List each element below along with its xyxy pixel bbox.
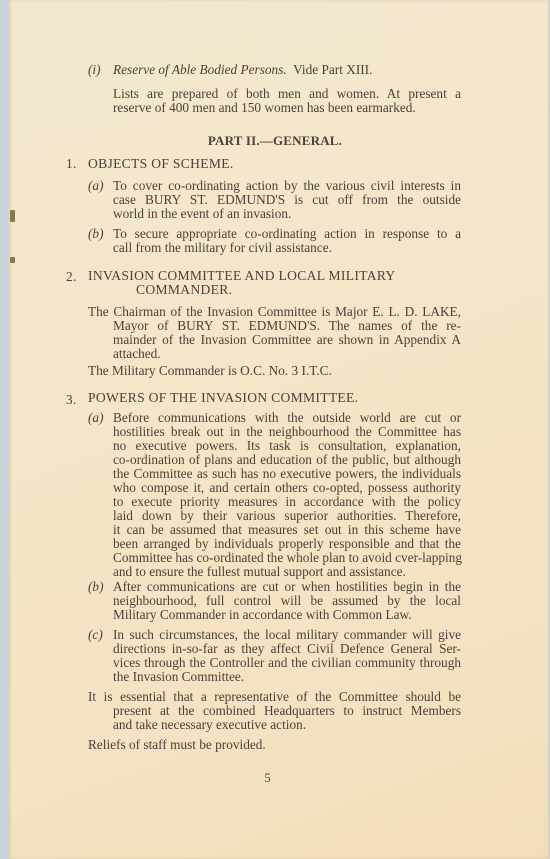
binding-mark — [10, 210, 15, 222]
text-line: It is essential that a representative of… — [88, 690, 461, 704]
text-line: The Military Commander is O.C. No. 3 I.T… — [88, 364, 332, 378]
item-label: (b) — [88, 227, 104, 241]
section-number: 3. — [66, 393, 77, 407]
text-line: it can be assumed that measures set out … — [113, 523, 461, 537]
text-line: present at the combined Headquarters to … — [113, 704, 461, 718]
item-label: (i) — [88, 63, 101, 77]
section-title: POWERS OF THE INVASION COMMITTEE. — [88, 391, 358, 405]
text-line: to execute priority measures in accordan… — [113, 495, 461, 509]
text-line: Committee has co-ordinated the whole pla… — [113, 551, 461, 565]
text-line: directions in-so-far as they affect Civi… — [113, 642, 461, 656]
text-line: To secure appropriate co-ordinating acti… — [113, 227, 461, 241]
text-line: laid down by their various superior auth… — [113, 509, 461, 523]
section-number: 2. — [66, 270, 77, 284]
text-line: To cover co-ordinating action by the var… — [113, 179, 461, 193]
text-line: The Chairman of the Invasion Committee i… — [88, 305, 461, 319]
section-number: 1. — [66, 157, 77, 171]
text-line: case BURY ST. EDMUND'S is cut off from t… — [113, 193, 461, 207]
item-label: (b) — [88, 580, 104, 594]
text-line: and to ensure the fullest mutual support… — [113, 565, 406, 579]
text-line: vices through the Controller and the civ… — [113, 656, 461, 670]
section-title: COMMANDER. — [136, 283, 232, 297]
text-line: mainder of the Invasion Committee are sh… — [113, 333, 461, 347]
binding-mark — [10, 257, 15, 263]
text-line: and take necessary executive action. — [113, 718, 306, 732]
text-line: been arranged by individuals properly re… — [113, 537, 461, 551]
section-title: OBJECTS OF SCHEME. — [88, 157, 234, 171]
text-line: neighbourhood, full control will be assu… — [113, 594, 461, 608]
item-label: (a) — [88, 179, 104, 193]
item-title: Reserve of Able Bodied Persons. Vide Par… — [113, 63, 372, 77]
text-line: Before communications with the outside w… — [113, 411, 461, 425]
section-title: INVASION COMMITTEE AND LOCAL MILITARY — [88, 269, 396, 283]
text-line: Reliefs of staff must be provided. — [88, 738, 266, 752]
text-line: After communications are cut or when hos… — [113, 580, 461, 594]
text-line: no executive powers. Its task is consult… — [113, 439, 461, 453]
text-line: reserve of 400 men and 150 women has bee… — [113, 101, 416, 115]
page-number: 5 — [0, 771, 535, 786]
text-line: the Committee as such has no executive p… — [113, 467, 461, 481]
text-line: world in the event of an invasion. — [113, 207, 291, 221]
text-line: who compose it, and certain others co-op… — [113, 481, 461, 495]
text-line: the Invasion Committee. — [113, 670, 244, 684]
item-label: (c) — [88, 628, 103, 642]
text-line: In such circumstances, the local militar… — [113, 628, 461, 642]
item-label: (a) — [88, 411, 104, 425]
text-line: hostilities break out in the neighbourho… — [113, 425, 461, 439]
text-line: call from the military for civil assista… — [113, 241, 332, 255]
text-line: attached. — [113, 347, 161, 361]
text-line: Military Commander in accordance with Co… — [113, 608, 412, 622]
part-heading: PART II.—GENERAL. — [0, 134, 550, 148]
text-line: co-ordination of plans and education of … — [113, 453, 461, 467]
text-line: Lists are prepared of both men and women… — [113, 87, 461, 101]
text-line: Mayor of BURY ST. EDMUND'S. The names of… — [113, 319, 461, 333]
